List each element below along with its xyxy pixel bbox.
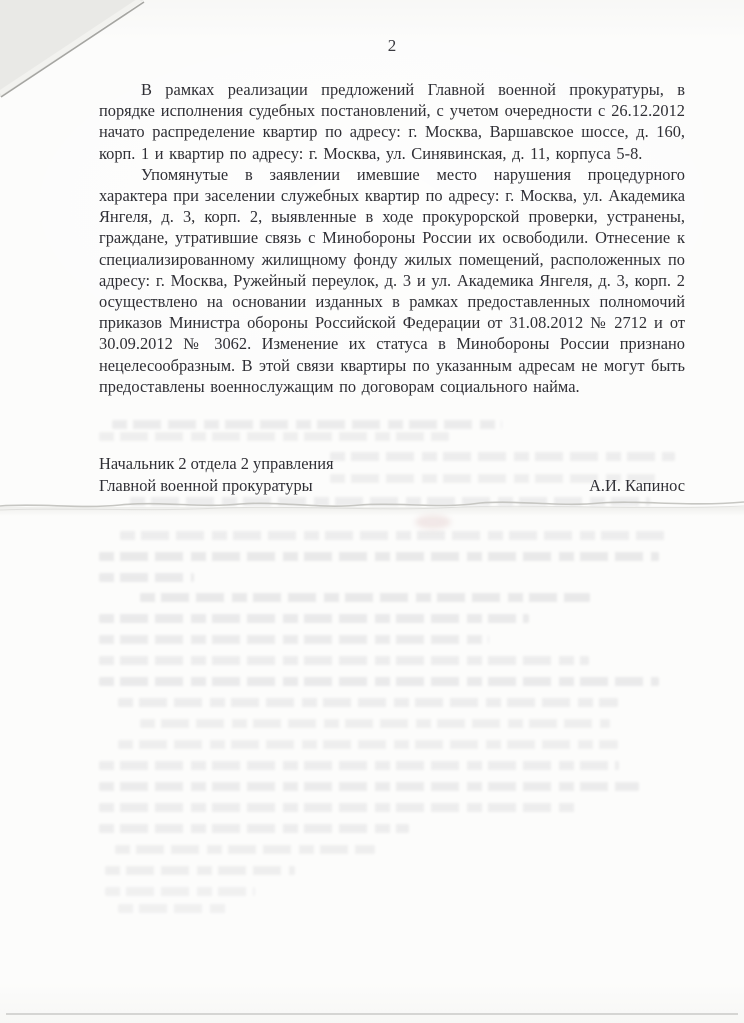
bleed-through-line [99,656,589,665]
bleed-through-line [115,845,375,854]
bleed-through-line [99,432,449,441]
bleed-through-line [140,719,610,728]
bleed-through-line [118,740,618,749]
bleed-through-line [99,803,579,812]
bleed-through-line [112,420,502,429]
bleed-through-line [118,904,228,913]
bleed-through-line [330,474,660,483]
bleed-through-line [330,452,675,461]
bleed-through-line [99,782,639,791]
paragraph-2: Упомянутые в заявлении имевшие место нар… [99,164,685,397]
paragraph-1: В рамках реализации предложений Главной … [99,79,685,164]
bleed-through-line [118,698,618,707]
bleed-through-line [99,635,489,644]
bleed-through-line [140,593,590,602]
bleed-through-line [105,887,255,896]
scanned-document-page: 2 В рамках реализации предложений Главно… [0,0,744,1023]
scan-smudge [415,515,451,529]
document-body: В рамках реализации предложений Главной … [99,79,685,397]
bleed-through-line [99,573,194,582]
bleed-through-line [120,531,665,540]
bleed-through-line [130,497,650,506]
bleed-through-line [99,761,619,770]
scanner-edge-line [6,1013,738,1015]
bleed-through-line [99,824,409,833]
bleed-through-line [99,552,659,561]
bleed-through-line [105,866,295,875]
bleed-through-line [99,677,659,686]
page-number: 2 [99,36,685,56]
bleed-through-line [99,614,529,623]
